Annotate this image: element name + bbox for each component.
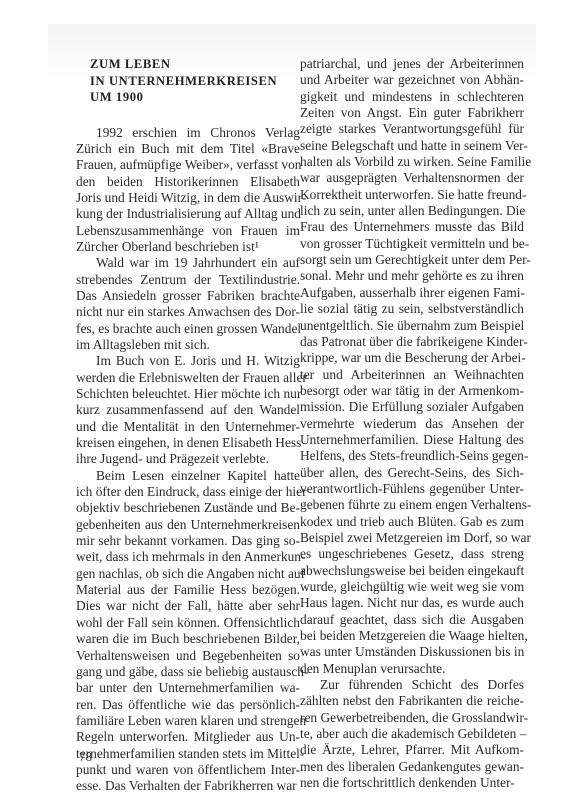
chapter-heading: ZUM LEBEN IN UNTERNEHMERKREISEN UM 1900: [90, 56, 300, 106]
text-line: mir sehr bekannt vorkamen. Das ging so-: [76, 533, 300, 549]
text-line: lie sozial tätig zu sein, selbstverständ…: [300, 301, 524, 317]
text-line: Frau des Unternehmers musste das Bild: [300, 219, 524, 235]
text-line: wohl der Fall sein können. Offensichtlic…: [76, 615, 300, 631]
paragraph: Zur führenden Schicht des Dorfeszählten …: [300, 677, 524, 791]
heading-line: ZUM LEBEN: [90, 56, 300, 73]
text-line: vermehrte wiederum das Ansehen der: [300, 416, 524, 432]
text-line: über allen, des Gerecht-Seins, des Sich-: [300, 465, 524, 481]
text-line: gen nachlas, ob sich die Angaben nicht a…: [76, 566, 300, 582]
text-line: gebenen führte zu einem engen Verhaltens…: [300, 497, 524, 513]
text-line: die Ärzte, Lehrer, Pfarrer. Mit Aufkom-: [300, 742, 524, 758]
text-line: im Alltagsleben mit sich.: [76, 337, 300, 353]
right-column-body: patriarchal, und jenes der Arbeiterinnen…: [300, 56, 524, 791]
text-line: ternehmerfamilien standen stets im Mitte…: [76, 746, 300, 762]
text-line: Zur führenden Schicht des Dorfes: [300, 677, 524, 693]
text-line: lich zu sein, unter allen Bedingungen. D…: [300, 203, 524, 219]
text-line: kodex und trieb auch Blüten. Gab es zum: [300, 514, 524, 530]
text-line: familiäre Leben waren klaren und strenge…: [76, 713, 300, 729]
text-line: ren. Das öffentliche wie das persönlich-: [76, 697, 300, 713]
text-line: Wald war im 19 Jahrhundert ein auf: [76, 255, 300, 271]
text-line: den Menuplan verursachte.: [300, 661, 524, 677]
text-line: 1992 erschien im Chronos Verlag: [76, 125, 300, 141]
text-line: Regeln unterworfen. Mitglieder aus Un-: [76, 729, 300, 745]
text-line: und die Mentalität in den Unternehmer-: [76, 419, 300, 435]
text-line: bar unter den Unternehmerfamilien wa-: [76, 680, 300, 696]
text-line: kung der Industrialisierung auf Alltag u…: [76, 206, 300, 222]
text-line: Haus lagen. Nicht nur das, es wurde auch: [300, 595, 524, 611]
text-line: waren die im Buch beschriebenen Bilder,: [76, 631, 300, 647]
text-line: zählten nebst den Fabrikanten die reiche…: [300, 693, 524, 709]
text-line: weit, dass ich mehrmals in den Anmerkun-: [76, 549, 300, 565]
text-line: unentgeltlich. Sie übernahm zum Beispiel: [300, 318, 524, 334]
text-line: te, aber auch die akademisch Gebildeten …: [300, 726, 524, 742]
text-line: nen die fortschrittlich denkenden Unter-: [300, 775, 524, 791]
text-line: ihre Jugend- und Prägezeit verlebte.: [76, 451, 300, 467]
text-line: Korrektheit unterworfen. Sie hatte freun…: [300, 187, 524, 203]
text-line: punkt und waren von öffentlichem Inter-: [76, 762, 300, 778]
paragraph: Wald war im 19 Jahrhundert ein aufstrebe…: [76, 255, 300, 353]
text-line: bei beiden Metzgereien die Waage hielten…: [300, 628, 524, 644]
text-line: kreisen eingehen, in denen Elisabeth Hes…: [76, 435, 300, 451]
text-line: esse. Das Verhalten der Fabrikherren war: [76, 778, 300, 794]
text-line: was unter Umständen Diskussionen bis in: [300, 644, 524, 660]
text-line: Im Buch von E. Joris und H. Witzig: [76, 353, 300, 369]
text-line: krippe, war um die Bescherung der Arbei-: [300, 350, 524, 366]
text-line: strebendes Zentrum der Textilindustrie.: [76, 272, 300, 288]
paragraph: 1992 erschien im Chronos VerlagZürich ei…: [76, 125, 300, 256]
text-line: Aufgaben, ausserhalb ihrer eigenen Fami-: [300, 285, 524, 301]
text-line: Zürcher Oberland beschrieben ist¹: [76, 239, 300, 255]
heading-line: IN UNTERNEHMERKREISEN: [90, 73, 300, 90]
text-line: verantwortlich-Fühlens gegenüber Unter-: [300, 481, 524, 497]
text-line: zeigte starkes Verantwortungsgefühl für: [300, 121, 524, 137]
text-line: Unternehmerfamilien. Diese Haltung des: [300, 432, 524, 448]
text-line: fes, es brachte auch einen grossen Wande…: [76, 321, 300, 337]
text-line: Zürich ein Buch mit dem Titel «Brave: [76, 141, 300, 157]
text-line: von grosser Tüchtigkeit vermitteln und b…: [300, 236, 524, 252]
text-line: mission. Die Erfüllung sozialer Aufgaben: [300, 399, 524, 415]
text-line: sorgt sein um Gerechtigkeit unter dem Pe…: [300, 252, 524, 268]
text-line: objektiv beschriebenen Zustände und Be-: [76, 500, 300, 516]
text-line: werden die Erlebniswelten der Frauen all…: [76, 370, 300, 386]
text-line: den beiden Historikerinnen Elisabeth: [76, 174, 300, 190]
text-line: Schichten beleuchtet. Hier möchte ich nu…: [76, 386, 300, 402]
text-line: ter und Arbeiterinnen an Weihnachten: [300, 367, 524, 383]
text-line: darauf geachtet, dass sich die Ausgaben: [300, 612, 524, 628]
text-line: kurz zusammenfassend auf den Wandel: [76, 402, 300, 418]
text-line: war ausgeprägten Verhaltensnormen der: [300, 170, 524, 186]
text-line: seine Belegschaft und hatte in seinem Ve…: [300, 138, 524, 154]
text-line: nicht nur ein starkes Anwachsen des Dor-: [76, 304, 300, 320]
heading-line: UM 1900: [90, 89, 300, 106]
right-column: patriarchal, und jenes der Arbeiterinnen…: [300, 56, 524, 791]
text-line: Beispiel zwei Metzgereien im Dorf, so wa…: [300, 530, 524, 546]
text-line: Material aus der Familie Hess bezögen.: [76, 582, 300, 598]
text-line: gang und gäbe, dass sie beliebig austaus…: [76, 664, 300, 680]
text-line: Joris und Heidi Witzig, in dem die Auswi…: [76, 190, 300, 206]
text-line: Lebenszusammenhänge von Frauen im: [76, 223, 300, 239]
text-line: ren Gewerbetreibenden, die Grosslandwir-: [300, 710, 524, 726]
text-line: wurde, gleichgültig wie weit weg sie vom: [300, 579, 524, 595]
paragraph: patriarchal, und jenes der Arbeiterinnen…: [300, 56, 524, 677]
text-line: gigkeit und mindestens in schlechteren: [300, 89, 524, 105]
paragraph: Beim Lesen einzelner Kapitel hatteich öf…: [76, 468, 300, 795]
text-line: Zeiten von Angst. Ein guter Fabrikherr: [300, 105, 524, 121]
text-line: sonal. Mehr und mehr gehörte es zu ihren: [300, 268, 524, 284]
left-column: ZUM LEBEN IN UNTERNEHMERKREISEN UM 1900 …: [76, 56, 300, 795]
text-line: Das Ansiedeln grosser Fabriken brachte: [76, 288, 300, 304]
paragraph: Im Buch von E. Joris und H. Witzigwerden…: [76, 353, 300, 467]
text-line: men des liberalen Gedankengutes gewan-: [300, 759, 524, 775]
text-line: es ungeschriebenes Gesetz, dass streng: [300, 546, 524, 562]
text-line: besorgt oder war tätig in der Armenkom-: [300, 383, 524, 399]
text-line: ich öfter den Eindruck, dass einige der …: [76, 484, 300, 500]
text-line: das Patronat über die fabrikeigene Kinde…: [300, 334, 524, 350]
text-line: Frauen, aufmüpfige Weiber», verfasst von: [76, 157, 300, 173]
text-line: halten als Vorbild zu wirken. Seine Fami…: [300, 154, 524, 170]
text-line: Dies war nicht der Fall, hätte aber sehr: [76, 598, 300, 614]
text-line: patriarchal, und jenes der Arbeiterinnen: [300, 56, 524, 72]
text-line: Beim Lesen einzelner Kapitel hatte: [76, 468, 300, 484]
text-line: Verhaltensweisen und Begebenheiten so: [76, 648, 300, 664]
text-line: abwechslungsweise bei beiden eingekauft: [300, 563, 524, 579]
page-number: 78: [79, 749, 92, 765]
text-line: gebenheiten aus den Unternehmerkreisen: [76, 517, 300, 533]
text-line: und Arbeiter war gezeichnet von Abhän-: [300, 72, 524, 88]
text-line: Helfens, des Stets-freundlich-Seins gege…: [300, 448, 524, 464]
left-column-body: 1992 erschien im Chronos VerlagZürich ei…: [76, 125, 300, 795]
